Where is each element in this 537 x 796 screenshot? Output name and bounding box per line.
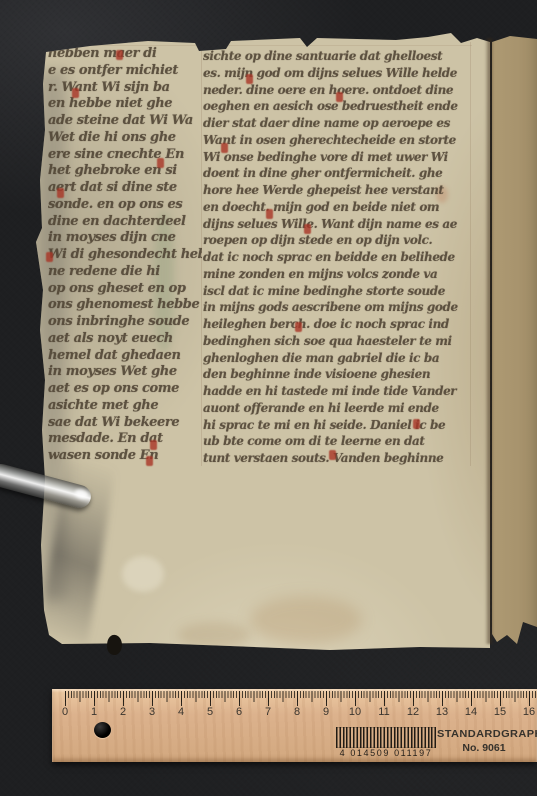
rubrication-mark bbox=[295, 322, 302, 332]
rubrication-mark bbox=[221, 143, 228, 153]
manuscript-line: hi sprac te mi en hi seide. Daniel ic be bbox=[203, 417, 473, 434]
manuscript-line: iscl dat ic mine bedinghe storte soude bbox=[203, 283, 473, 300]
rubrication-mark bbox=[72, 88, 79, 98]
ruler-scale bbox=[65, 691, 537, 698]
rubrication-mark bbox=[157, 158, 164, 168]
rubrication-mark bbox=[329, 450, 336, 460]
manuscript-line: en hebbe niet ghe bbox=[48, 96, 202, 113]
ruler-number: 15 bbox=[494, 706, 506, 718]
text-column-right: sichte op dine santuarie dat ghelloestes… bbox=[203, 48, 473, 467]
brand-model: No. 9061 bbox=[437, 742, 531, 754]
pale-patch bbox=[122, 556, 164, 592]
manuscript-line: aet als noyt euech bbox=[48, 331, 202, 348]
manuscript-line: ons inbringhe soude bbox=[48, 314, 202, 331]
manuscript-line: in moyses dijn cne bbox=[48, 230, 202, 247]
ruler-hole bbox=[94, 722, 111, 738]
ruler-number: 0 bbox=[62, 706, 68, 718]
rubrication-mark bbox=[336, 92, 343, 102]
manuscript-line: op ons gheset en op bbox=[48, 281, 202, 298]
manuscript-line: ons ghenomest hebbe bbox=[48, 297, 202, 314]
manuscript-line: Wi onse bedinghe vore di met uwer Wi bbox=[203, 149, 473, 166]
ruler-number: 13 bbox=[436, 706, 448, 718]
brand-block: STANDARDGRAPH No. 9061 bbox=[437, 728, 531, 754]
manuscript-line: hebben maer di bbox=[48, 46, 202, 63]
manuscript-line: e es ontfer michiet bbox=[48, 63, 202, 80]
manuscript-line: in moyses Wet ghe bbox=[48, 364, 202, 381]
manuscript-line: dier stat daer dine name op aeroepe es bbox=[203, 115, 473, 132]
ruler-number: 2 bbox=[120, 706, 126, 718]
manuscript-line: Wet die hi ons ghe bbox=[48, 130, 202, 147]
manuscript-line: ade steine dat Wi Wa bbox=[48, 113, 202, 130]
manuscript-line: dine en dachterdeel bbox=[48, 214, 202, 231]
manuscript-line: sae dat Wi bekeere bbox=[48, 415, 202, 432]
ruler-number: 5 bbox=[207, 706, 213, 718]
mm-ticks bbox=[65, 691, 537, 698]
ruler-number: 9 bbox=[323, 706, 329, 718]
manuscript-line: Wi di ghesondecht heb bbox=[48, 247, 202, 264]
manuscript-line: Want in osen gherechtecheide en storte bbox=[203, 132, 473, 149]
rubrication-mark bbox=[46, 252, 53, 262]
manuscript-line: mine zonden en mijns volcs zonde va bbox=[203, 266, 473, 283]
manuscript-line: es. mijn god om dijns selues Wille helde bbox=[203, 65, 473, 82]
manuscript-line: den beghinne inde visioene ghesien bbox=[203, 366, 473, 383]
manuscript-line: ghenloghen die man gabriel die ic ba bbox=[203, 350, 473, 367]
manuscript-line: aet es op ons come bbox=[48, 381, 202, 398]
rubrication-mark bbox=[146, 456, 153, 466]
ruler-number: 6 bbox=[236, 706, 242, 718]
manuscript-line: het ghebroke en si bbox=[48, 163, 202, 180]
manuscript-line: bedinghen sich soe qua haesteler te mi bbox=[203, 333, 473, 350]
manuscript-line: tunt verstaen souts. Vanden beghinne bbox=[203, 450, 473, 467]
manuscript-line: wasen sonde En bbox=[48, 448, 202, 465]
manuscript-line: roepen op dijn stede en op dijn volc. bbox=[203, 232, 473, 249]
gutter-crease bbox=[485, 38, 493, 644]
text-column-left: hebben maer die es ontfer michietr. Want… bbox=[48, 46, 202, 465]
manuscript-line: ne redene die hi bbox=[48, 264, 202, 281]
manuscript-line: ere sine cnechte En bbox=[48, 147, 202, 164]
manuscript-line: ub bte come om di te leerne en dat bbox=[203, 433, 473, 450]
barcode-bars bbox=[336, 727, 436, 748]
ruler: 012345678910111213141516 4 014509 011197… bbox=[52, 689, 537, 762]
manuscript-line: sichte op dine santuarie dat ghelloest bbox=[203, 48, 473, 65]
manuscript-line: en doecht. mijn god en beide niet om bbox=[203, 199, 473, 216]
manuscript-line: asichte met ghe bbox=[48, 398, 202, 415]
manuscript-line: in mijns gods aescribene om mijns gode bbox=[203, 299, 473, 316]
manuscript-line: aert dat si dine ste bbox=[48, 180, 202, 197]
manuscript-line: heileghen berch. doe ic noch sprac ind bbox=[203, 316, 473, 333]
manuscript-line: doent in dine gher ontfermicheit. ghe bbox=[203, 165, 473, 182]
manuscript-line: mesdade. En dat bbox=[48, 431, 202, 448]
brown-stain bbox=[178, 622, 250, 648]
ruler-number: 1 bbox=[91, 706, 97, 718]
manuscript-line: dat ic noch sprac en beidde en belihede bbox=[203, 249, 473, 266]
ruler-number: 12 bbox=[407, 706, 419, 718]
manuscript-photograph: hebben maer die es ontfer michietr. Want… bbox=[0, 0, 537, 796]
ruler-number: 10 bbox=[349, 706, 361, 718]
manuscript-line: sonde. en op ons es bbox=[48, 197, 202, 214]
manuscript-line: hadde en hi tastede mi inde tide Vander bbox=[203, 383, 473, 400]
rubrication-mark bbox=[116, 50, 123, 60]
manuscript-line: dijns selues Wille. Want dijn name es ae bbox=[203, 216, 473, 233]
glass-highlight bbox=[74, 488, 90, 500]
cm-ticks bbox=[65, 691, 537, 706]
brand-name: STANDARDGRAPH bbox=[437, 728, 531, 739]
rubrication-mark bbox=[150, 440, 157, 450]
ruler-number: 4 bbox=[178, 706, 184, 718]
manuscript-page: hebben maer die es ontfer michietr. Want… bbox=[0, 0, 537, 796]
ruler-number: 3 bbox=[149, 706, 155, 718]
manuscript-line: hemel dat ghedaen bbox=[48, 348, 202, 365]
manuscript-line: hore hee Werde ghepeist hee verstant bbox=[203, 182, 473, 199]
rubrication-mark bbox=[304, 224, 311, 234]
ruler-number: 8 bbox=[294, 706, 300, 718]
ruler-number: 16 bbox=[523, 706, 535, 718]
ruler-number: 7 bbox=[265, 706, 271, 718]
rubrication-mark bbox=[246, 74, 253, 84]
barcode-digits: 4 014509 011197 bbox=[336, 748, 436, 758]
ruler-number: 14 bbox=[465, 706, 477, 718]
rubrication-mark bbox=[413, 419, 420, 429]
barcode: 4 014509 011197 bbox=[336, 727, 436, 757]
ruler-number: 11 bbox=[378, 706, 389, 718]
brown-stain bbox=[250, 596, 362, 644]
half-cm-ticks bbox=[65, 691, 537, 702]
rubrication-mark bbox=[266, 209, 273, 219]
manuscript-line: auont offerande en hi leerde mi ende bbox=[203, 400, 473, 417]
rubrication-mark bbox=[57, 188, 64, 198]
